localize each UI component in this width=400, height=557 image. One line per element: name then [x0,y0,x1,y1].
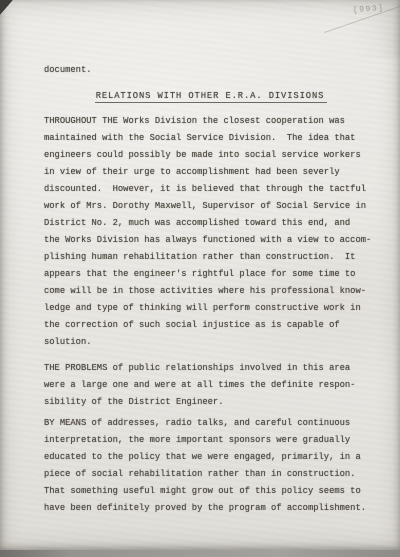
paragraphs: THROUGHOUT THE Works Division the closes… [44,113,378,517]
leading-line: document. [44,62,378,79]
text-line: discounted. However, it is believed that… [44,181,378,198]
text-line: maintained with the Social Service Divis… [44,130,378,147]
text-line: have been definitely proved by the progr… [44,500,378,517]
text-line: BY MEANS of addresses, radio talks, and … [44,415,378,432]
text-line: THROUGHOUT THE Works Division the closes… [44,113,378,130]
text-line: ledge and type of thinking will perform … [44,300,378,317]
text-line: plishing human rehabilitation rather tha… [44,249,378,266]
typewritten-text: document. RELATIONS WITH OTHER E.R.A. DI… [44,62,378,517]
paragraph: THROUGHOUT THE Works Division the closes… [44,113,378,351]
text-line: THE PROBLEMS of public relationships inv… [44,360,378,377]
text-line: interpretation, the more important spons… [44,432,378,449]
text-line: piece of social rehabilitation rather th… [44,466,378,483]
text-line: District No. 2, much was accomplished to… [44,215,378,232]
text-line: sibility of the District Engineer. [44,394,378,411]
text-line: the Works Division has always functioned… [44,232,378,249]
text-line: work of Mrs. Dorothy Maxwell, Supervisor… [44,198,378,215]
text-line: the correction of such social injustice … [44,317,378,334]
text-line: That something useful might grow out of … [44,483,378,500]
text-line: solution. [44,334,378,351]
paper-sheet: [993] document. RELATIONS WITH OTHER E.R… [0,0,400,550]
scanned-page: [993] document. RELATIONS WITH OTHER E.R… [0,0,400,557]
section-heading: RELATIONS WITH OTHER E.R.A. DIVISIONS [44,88,378,105]
paragraph: BY MEANS of addresses, radio talks, and … [44,415,378,517]
text-line: appears that the engineer's rightful pla… [44,266,378,283]
text-line: in view of their urge to accomplishment … [44,164,378,181]
text-line: educated to the policy that we were enga… [44,449,378,466]
text-line: engineers could possibly be made into so… [44,147,378,164]
text-line: come will be in those activities where h… [44,283,378,300]
text-line: were a large one and were at all times t… [44,377,378,394]
section-heading-text: RELATIONS WITH OTHER E.R.A. DIVISIONS [95,91,328,103]
paragraph: THE PROBLEMS of public relationships inv… [44,360,378,411]
